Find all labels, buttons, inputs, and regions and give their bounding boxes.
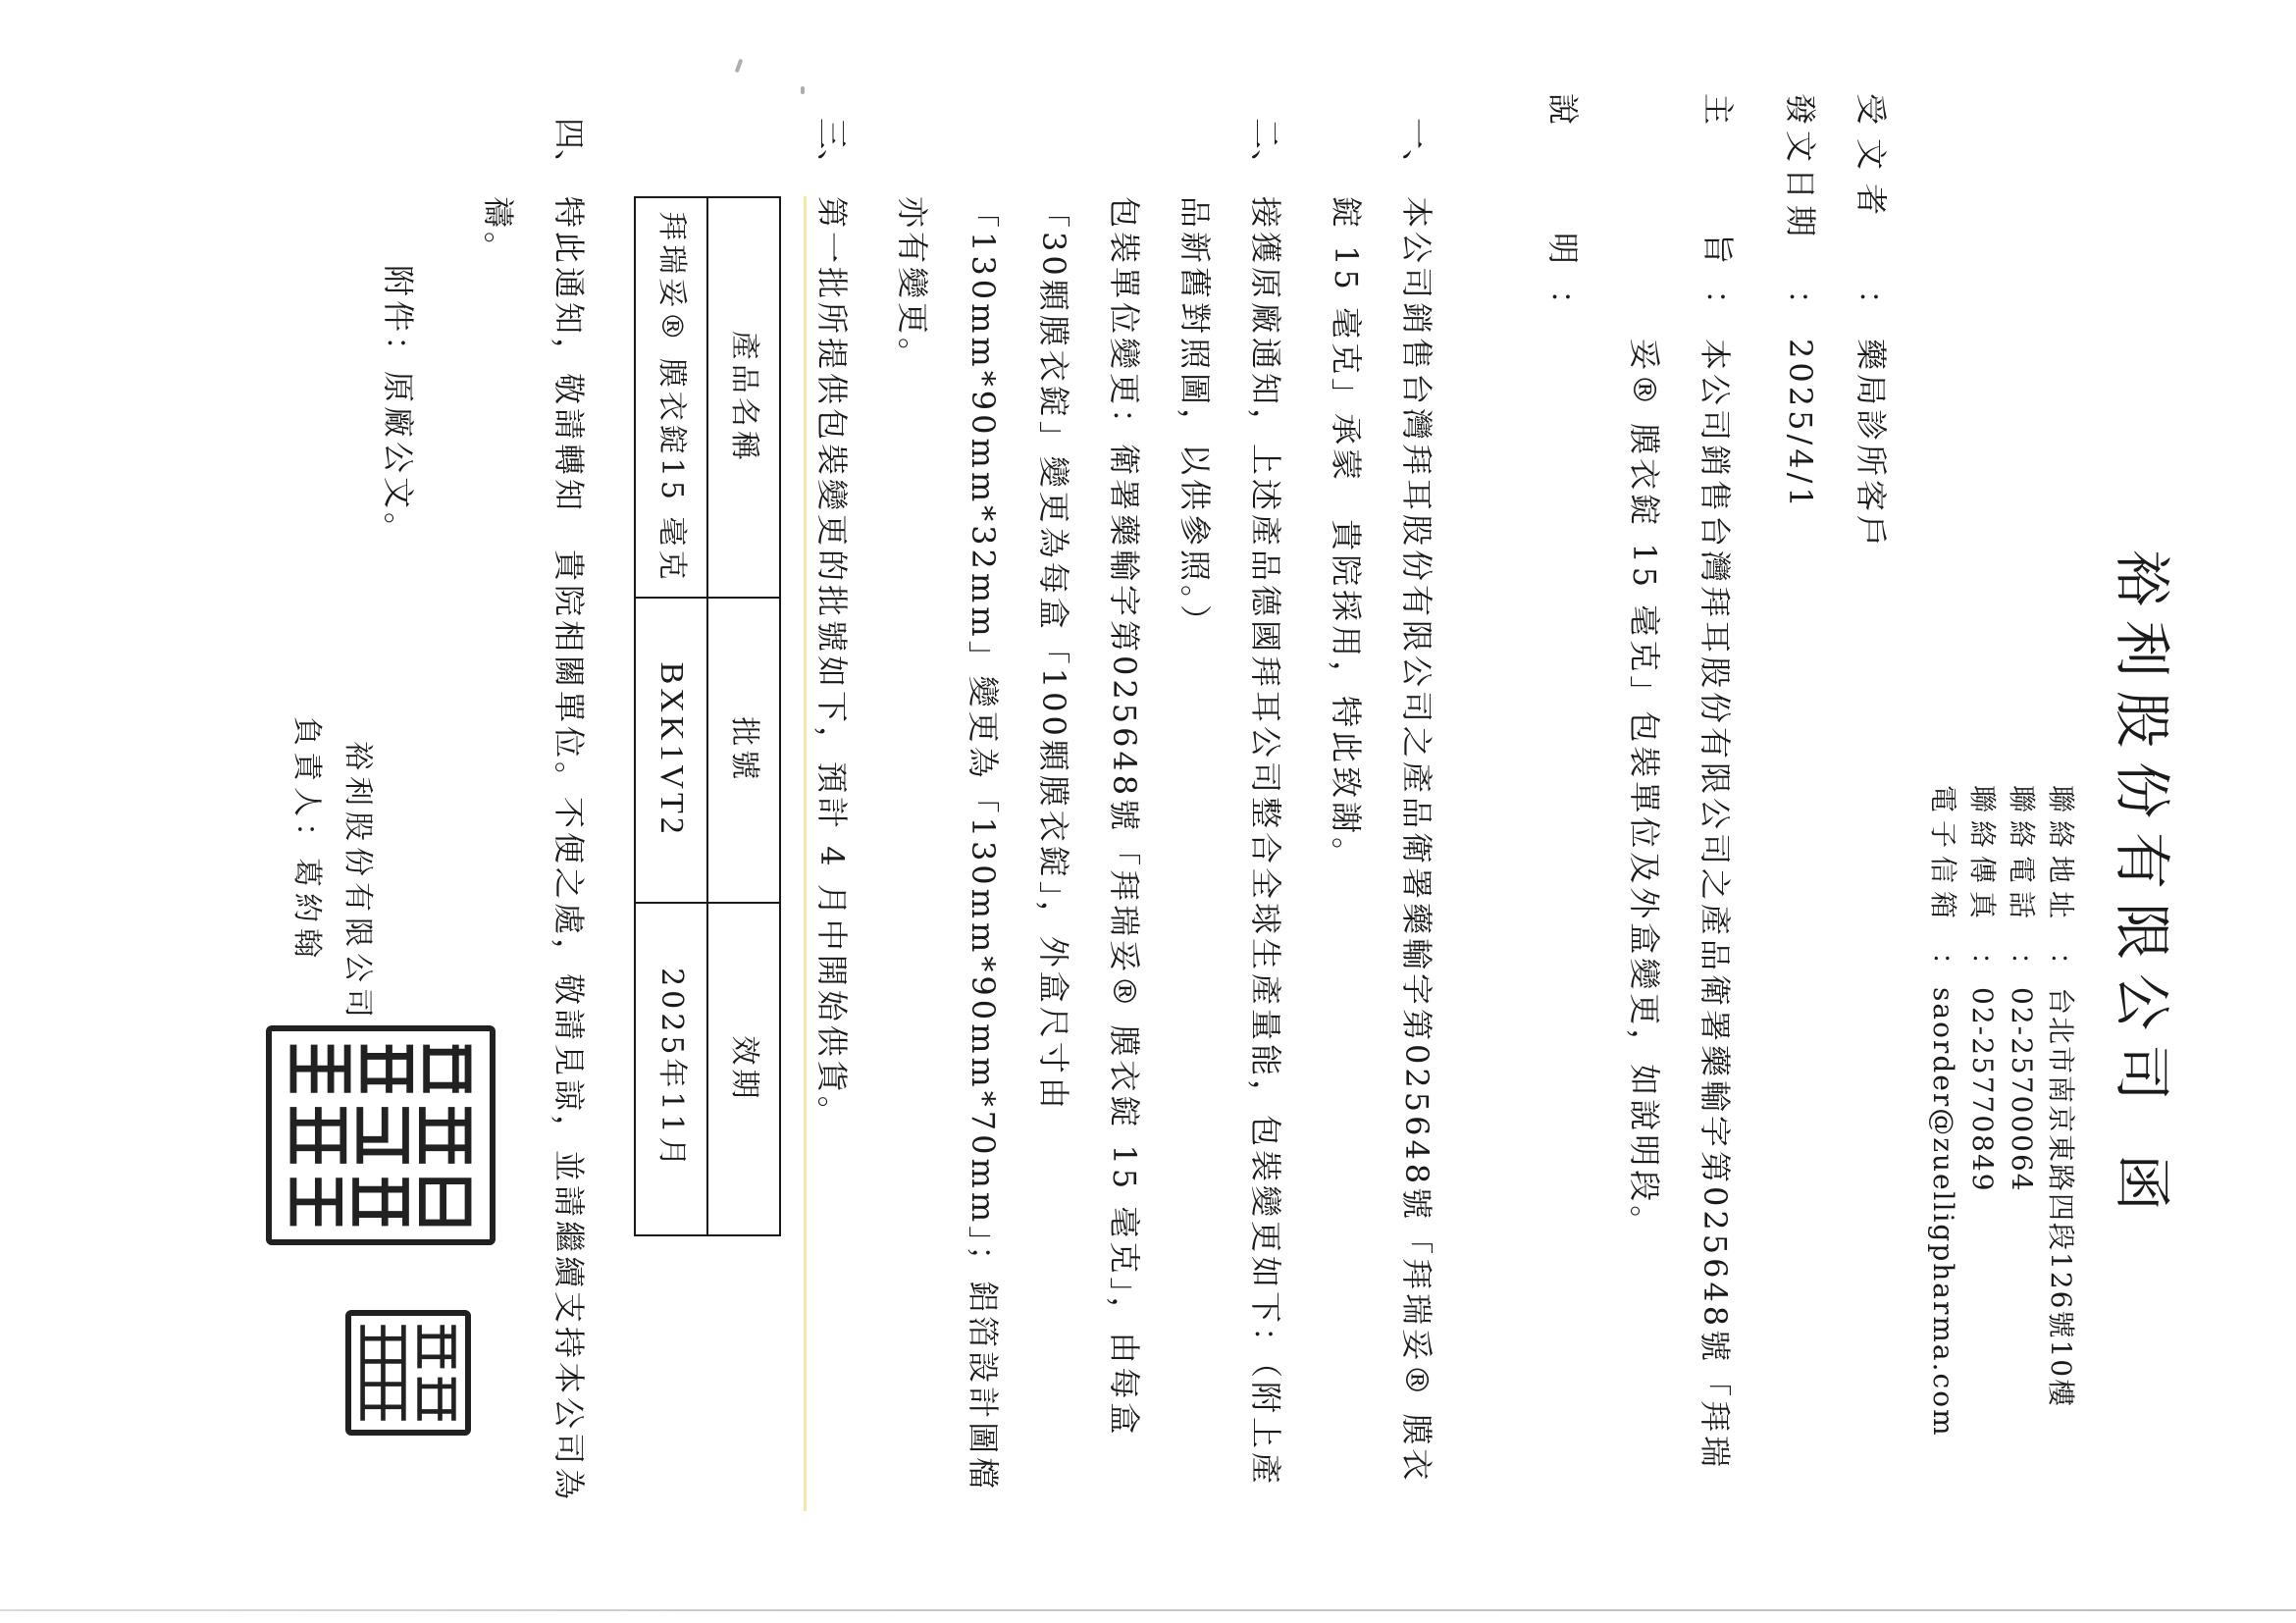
address-value: 台北市南京東路四段126號10樓: [2045, 987, 2077, 1408]
description-item-1: 一、 本公司銷售台灣拜耳股份有限公司之產品衛署藥輸字第025648號「拜瑞妥® …: [1311, 118, 1452, 1511]
signature-responsible-person: 負責人：葛約翰: [281, 716, 332, 1023]
scan-speck: [735, 59, 744, 74]
recipient-label: 受文者: [1839, 93, 1904, 289]
description-items: 一、 本公司銷售台灣拜耳股份有限公司之產品衛署藥輸字第025648號「拜瑞妥® …: [369, 118, 1452, 1511]
batch-number-cell: BXK1VT2: [635, 598, 707, 903]
highlighted-text: 第一批所提供包裝變更的批號如下，預計 4 月中開始供貨。: [797, 196, 867, 1511]
item-text: 接獲原廠通知，上述產品德國拜耳公司整合全球生產量能，包裝變更如下：（附上產品新舊…: [877, 196, 1301, 1511]
recipient-field: 受文者 ： 藥局診所客戶: [1839, 93, 1904, 1506]
description-item-3: 三、 第一批所提供包裝變更的批號如下，預計 4 月中開始供貨。 產品名稱 批號 …: [614, 118, 867, 1511]
contact-fax: 聯絡傳真：02-25770849: [1962, 785, 2002, 1438]
company-seal-stamp: [266, 1025, 496, 1245]
fax-value: 02-25770849: [1966, 987, 1999, 1193]
contact-address: 聯絡地址：台北市南京東路四段126號10樓: [2041, 785, 2080, 1438]
header-fields: 受文者 ： 藥局診所客戶 發文日期 ： 2025/4/1 主旨 ： 本公司銷售台…: [1531, 93, 1904, 1506]
letterhead-title: 裕利股份有限公司函: [2106, 550, 2188, 1225]
item-number: 一、: [1382, 118, 1452, 196]
subject-label: 主旨: [1686, 93, 1750, 289]
signature-block: 裕利股份有限公司 負責人：葛約翰: [281, 741, 383, 1023]
date-label: 發文日期: [1768, 93, 1833, 289]
representative-seal-stamp: [345, 1310, 471, 1436]
seal-glyphs-icon: [272, 1031, 490, 1239]
column-header-batch: 批號: [707, 598, 780, 903]
table-row: 拜瑞妥® 膜衣錠15 毫克 BXK1VT2 2025年11月: [635, 197, 707, 1235]
email-value: saorder@zuelligpharma.com: [1927, 987, 1959, 1438]
description-heading: 說明 ：: [1531, 93, 1595, 1506]
signature-company: 裕利股份有限公司: [332, 741, 383, 1023]
item-number: 二、: [1230, 118, 1301, 196]
column-header-product: 產品名稱: [707, 197, 780, 598]
item-number: 三、: [797, 118, 867, 196]
scan-speck: [801, 86, 805, 94]
scanned-letter-page: 裕利股份有限公司函 聯絡地址：台北市南京東路四段126號10樓 聯絡電話：02-…: [0, 0, 2296, 1623]
contact-info: 聯絡地址：台北市南京東路四段126號10樓 聯絡電話：02-25700064 聯…: [1923, 785, 2080, 1438]
subject-field: 主旨 ： 本公司銷售台灣拜耳股份有限公司之產品衛署藥輸字第025648號「拜瑞妥…: [1609, 93, 1750, 1506]
subject-value: 本公司銷售台灣拜耳股份有限公司之產品衛署藥輸字第025648號「拜瑞妥® 膜衣錠…: [1609, 339, 1750, 1506]
date-field: 發文日期 ： 2025/4/1: [1768, 93, 1833, 1506]
seal-glyphs-icon: [351, 1316, 465, 1430]
item-text: 特此通知，敬請轉知 貴院相關單位。不便之處，敬請見諒，並請繼續支持本公司為禱。: [463, 196, 604, 1511]
description-item-4: 四、 特此通知，敬請轉知 貴院相關單位。不便之處，敬請見諒，並請繼續支持本公司為…: [463, 118, 604, 1511]
column-header-expiry: 效期: [707, 903, 780, 1235]
product-name-cell: 拜瑞妥® 膜衣錠15 毫克: [635, 197, 707, 598]
batch-table: 產品名稱 批號 效期 拜瑞妥® 膜衣錠15 毫克 BXK1VT2 2025年11…: [634, 196, 781, 1236]
table-header-row: 產品名稱 批號 效期: [707, 197, 780, 1235]
description-item-2: 二、 接獲原廠通知，上述產品德國拜耳公司整合全球生產量能，包裝變更如下：（附上產…: [877, 118, 1301, 1511]
contact-phone: 聯絡電話：02-25700064: [2002, 785, 2041, 1438]
item-text: 第一批所提供包裝變更的批號如下，預計 4 月中開始供貨。 產品名稱 批號 效期 …: [614, 196, 867, 1511]
scan-page-edge: [0, 1609, 2296, 1611]
phone-value: 02-25700064: [2006, 987, 2038, 1193]
expiry-cell: 2025年11月: [635, 903, 707, 1235]
contact-email: 電子信箱：saorder@zuelligpharma.com: [1923, 785, 1962, 1438]
item-number: 四、: [534, 118, 604, 196]
recipient-value: 藥局診所客戶: [1839, 339, 1904, 1506]
company-name: 裕利股份有限公司: [2109, 550, 2175, 1115]
item-text: 本公司銷售台灣拜耳股份有限公司之產品衛署藥輸字第025648號「拜瑞妥® 膜衣錠…: [1311, 196, 1452, 1511]
date-value: 2025/4/1: [1768, 339, 1833, 1506]
document-type: 函: [2109, 1154, 2175, 1225]
description-label: 說明: [1531, 93, 1595, 289]
